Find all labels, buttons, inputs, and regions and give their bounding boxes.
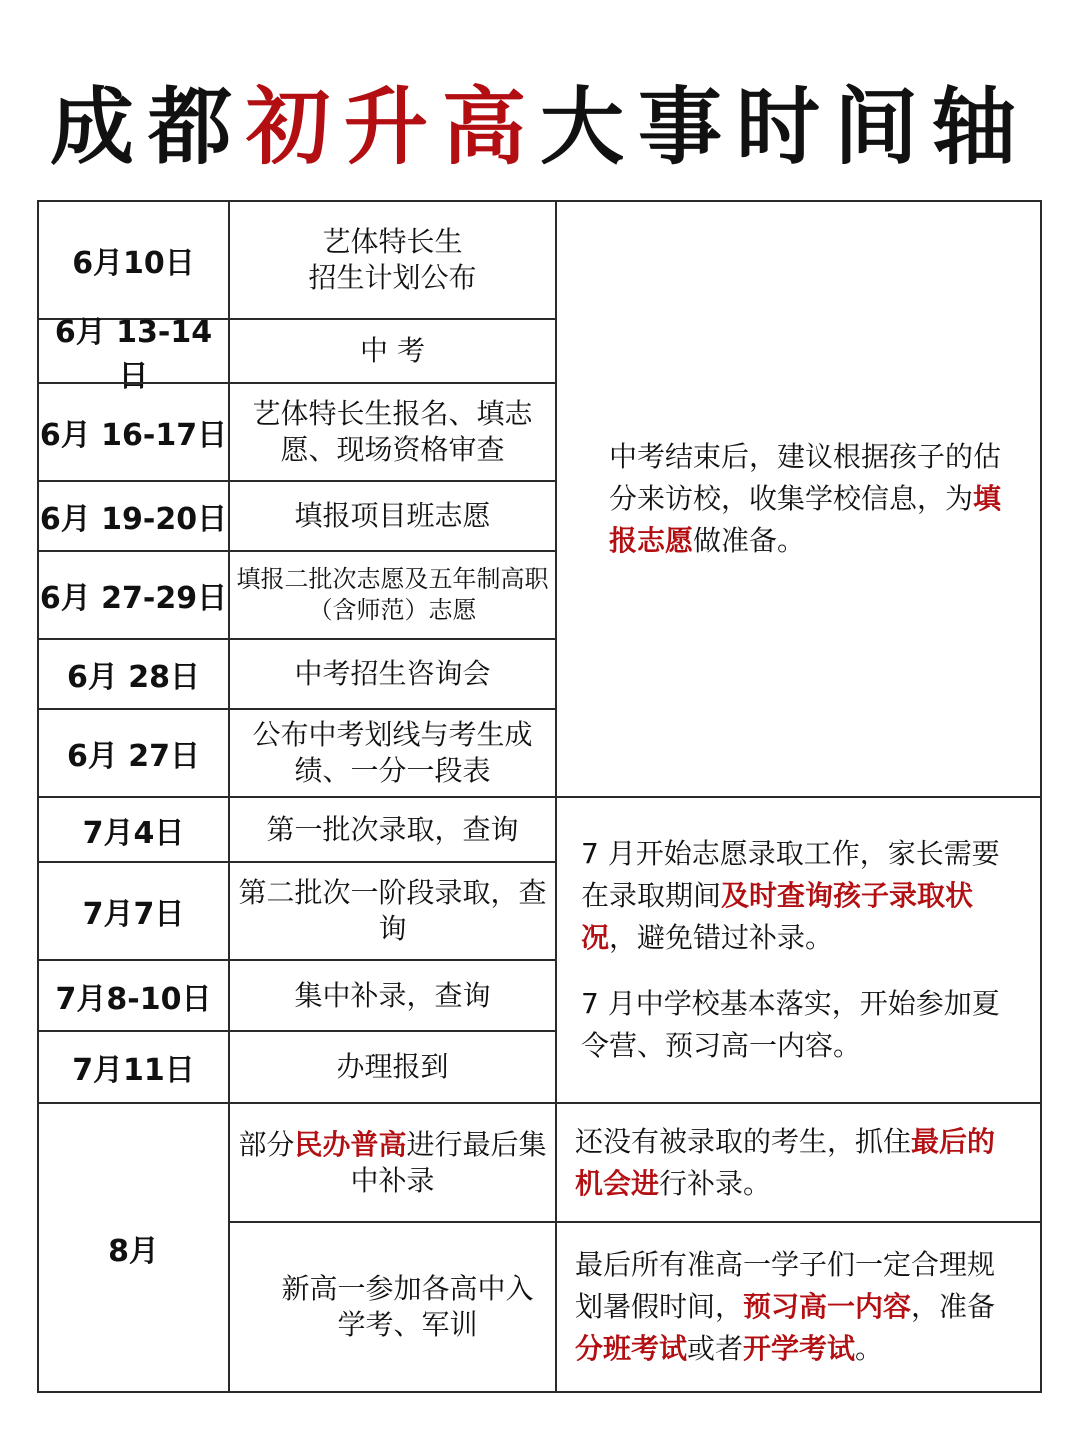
date-cell-august: 8月 — [39, 1104, 228, 1391]
june-note: 中考结束后，建议根据孩子的估分来访校，收集学校信息，为填报志愿做准备。 — [557, 202, 1040, 796]
date-cell: 7月7日 — [39, 863, 228, 959]
date-cell: 6月 28日 — [39, 640, 228, 708]
event-cell: 第二批次一阶段录取，查询 — [230, 863, 555, 959]
event-cell: 中 考 — [230, 320, 555, 382]
title-highlight: 初升高 — [246, 77, 540, 176]
event-highlight: 民办普高 — [294, 1128, 406, 1161]
event-cell: 集中补录，查询 — [230, 961, 555, 1030]
event-cell: 部分民办普高进行最后集中补录 — [230, 1104, 555, 1221]
event-cell: 填报项目班志愿 — [230, 482, 555, 550]
title-part-3: 大事时间轴 — [540, 77, 1030, 176]
date-cell: 6月10日 — [39, 202, 228, 318]
date-cell: 6月 13-14 日 — [39, 320, 228, 382]
date-cell: 6月 16-17日 — [39, 384, 228, 480]
event-cell: 中考招生咨询会 — [230, 640, 555, 708]
august-note-2-highlight-3: 开学考试 — [743, 1332, 855, 1365]
date-cell: 7月4日 — [39, 798, 228, 861]
date-cell: 6月 27日 — [39, 710, 228, 796]
date-cell: 7月11日 — [39, 1032, 228, 1102]
timeline-table: 6月10日 艺体特长生 招生计划公布 6月 13-14 日 中 考 6月 16-… — [37, 200, 1042, 1393]
august-note-2-highlight-2: 分班考试 — [575, 1332, 687, 1365]
august-note-1: 还没有被录取的考生，抓住最后的机会进行补录。 — [557, 1104, 1040, 1221]
title-part-1: 成都 — [50, 77, 246, 176]
event-cell: 新高一参加各高中入学考、军训 — [230, 1223, 555, 1391]
event-cell: 填报二批次志愿及五年制高职（含师范）志愿 — [230, 552, 555, 638]
august-note-2-highlight-1: 预习高一内容 — [743, 1290, 911, 1323]
event-cell: 艺体特长生报名、填志愿、现场资格审查 — [230, 384, 555, 480]
event-cell: 办理报到 — [230, 1032, 555, 1102]
july-note-text: 7 月开始志愿录取工作，家长需要在录取期间及时查询孩子录取状况，避免错过补录。 … — [581, 833, 1020, 1067]
page-title: 成都初升高大事时间轴 — [0, 72, 1080, 182]
july-note-paragraph-1: 7 月开始志愿录取工作，家长需要在录取期间及时查询孩子录取状况，避免错过补录。 — [581, 833, 1020, 959]
june-note-text: 中考结束后，建议根据孩子的估分来访校，收集学校信息，为填报志愿做准备。 — [581, 436, 1020, 562]
event-cell: 第一批次录取，查询 — [230, 798, 555, 861]
event-cell: 公布中考划线与考生成绩、一分一段表 — [230, 710, 555, 796]
date-cell: 7月8-10日 — [39, 961, 228, 1030]
event-cell: 艺体特长生 招生计划公布 — [230, 202, 555, 318]
date-cell: 6月 27-29日 — [39, 552, 228, 638]
august-note-2: 最后所有准高一学子们一定合理规划暑假时间，预习高一内容，准备分班考试或者开学考试… — [557, 1223, 1040, 1391]
date-cell: 6月 19-20日 — [39, 482, 228, 550]
july-note-paragraph-2: 7 月中学校基本落实，开始参加夏令营、预习高一内容。 — [581, 983, 1020, 1067]
july-note: 7 月开始志愿录取工作，家长需要在录取期间及时查询孩子录取状况，避免错过补录。 … — [557, 798, 1040, 1102]
